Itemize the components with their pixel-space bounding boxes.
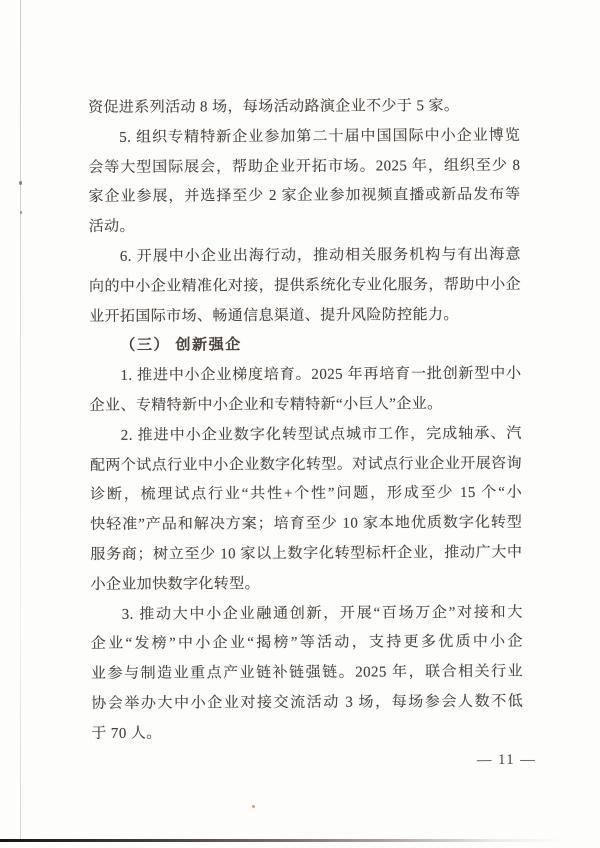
section-heading: （三） 创新强企 [89,330,521,362]
text-line: 服务商；树立至少 10 家以上数字化转型标杆企业，推动广大中 [90,539,522,571]
text-line: 快轻准”产品和解决方案；培育至少 10 家本地优质数字化转型 [90,509,522,541]
text-line: 3. 推动大中小企业融通创新，开展“百场万企”对接和大 [91,598,523,630]
text-line: 企业、专精特新中小企业和专精特新“小巨人”企业。 [90,390,522,422]
text-line: 会等大型国际展会，帮助企业开拓市场。2025 年，组织至少 8 [88,151,520,183]
text-line: 1. 推进中小企业梯度培育。2025 年再培育一批创新型中小 [89,360,521,392]
text-line: 企业“发榜”中小企业“揭榜”等活动，支持更多优质中小企 [91,628,523,660]
text-line: 向的中小企业精准化对接，提供系统化专业化服务，帮助中小企 [89,271,521,303]
text-line: 5. 组织专精特新企业参加第二十届中国国际中小企业博览 [88,122,520,154]
text-line: 诊断，梳理试点行业“共性+个性”问题，形成至少 15 个“小 [90,479,522,511]
text-line: 业开拓国际市场、畅通信息渠道、提升风险防控能力。 [89,300,521,332]
scan-speck [252,805,255,808]
text-line: 家企业参展，并选择至少 2 家企业参加视频直播或新品发布等 [88,181,520,213]
scan-speck [20,211,22,214]
text-line: 协会举办大中小企业对接交流活动 3 场，每场参会人数不低 [91,688,523,720]
page-number: — 11 — [477,751,536,769]
text-line: 配两个试点行业中小企业数字化转型。对试点行业企业开展咨询 [90,449,522,481]
text-line: 业参与制造业重点产业链补链强链。2025 年，联合相关行业 [91,658,523,690]
text-line: 资促进系列活动 8 场，每场活动路演企业不少于 5 家。 [88,92,520,124]
text-line: 6. 开展中小企业出海行动，推动相关服务机构与有出海意 [89,241,521,273]
text-line: 于 70 人。 [91,717,523,749]
text-line: 2. 推进中小企业数字化转型试点城市工作，完成轴承、汽 [90,419,522,451]
scan-bottom-edge-shadow [0,839,565,842]
scan-left-edge-line [20,0,21,841]
document-page: 资促进系列活动 8 场，每场活动路演企业不少于 5 家。5. 组织专精特新企业参… [0,0,600,848]
text-line: 小企业加快数字化转型。 [90,568,522,600]
text-block: 资促进系列活动 8 场，每场活动路演企业不少于 5 家。5. 组织专精特新企业参… [88,92,523,750]
text-line: 活动。 [89,211,521,243]
scan-speck [19,181,22,185]
